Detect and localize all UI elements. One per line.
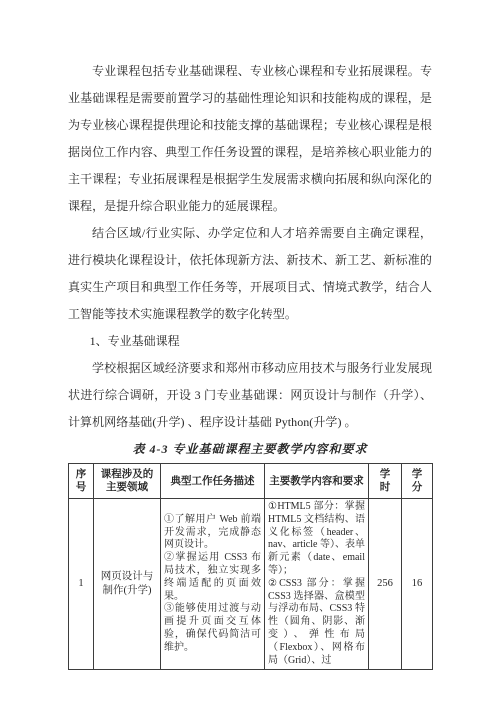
table-row-course-1: 1 网页设计与制作(升学) ①了解用户 Web 前端开发需求，完成静态网页设计。…: [69, 499, 433, 670]
header-credits: 学分: [402, 464, 433, 499]
document-page: 专业课程包括专业基础课程、专业核心课程和专业拓展课程。专业基础课程是需要前置学习…: [0, 0, 500, 707]
header-typical-tasks: 典型工作任务描述: [161, 464, 265, 499]
cell-teaching-content: ①HTML5 部分：掌握 HTML5 文档结构、语义化标签（header、nav…: [265, 499, 369, 670]
header-teaching-content-label: 主要教学内容和要求: [269, 475, 364, 487]
cell-credits: 16: [402, 499, 433, 670]
header-class-hours-label: 学时: [379, 468, 391, 494]
cell-serial-number: 1: [69, 499, 94, 670]
header-credits-label: 学分: [411, 468, 423, 494]
section-heading-basic-courses: 1、专业基础课程: [68, 328, 432, 355]
paragraph-course-overview: 专业课程包括专业基础课程、专业核心课程和专业拓展课程。专业基础课程是需要前置学习…: [68, 58, 432, 220]
cell-class-hours: 256: [369, 499, 402, 670]
header-class-hours: 学时: [369, 464, 402, 499]
cell-typical-tasks: ①了解用户 Web 前端开发需求，完成静态网页设计。 ②掌握运用 CSS3 布局…: [161, 499, 265, 670]
header-course-domain: 课程涉及的主要领域: [94, 464, 161, 499]
cell-course-domain: 网页设计与制作(升学): [94, 499, 161, 670]
table-caption: 表 4-3 专业基础课程主要教学内容和要求: [68, 439, 432, 459]
basic-course-table: 序号 课程涉及的主要领域 典型工作任务描述 主要教学内容和要求 学时 学分 1 …: [68, 463, 433, 670]
table-header-row: 序号 课程涉及的主要领域 典型工作任务描述 主要教学内容和要求 学时 学分: [69, 464, 433, 499]
header-course-domain-label: 课程涉及的主要领域: [101, 468, 154, 493]
header-typical-tasks-label: 典型工作任务描述: [171, 475, 255, 487]
header-teaching-content: 主要教学内容和要求: [265, 464, 369, 499]
paragraph-curriculum-design: 结合区域/行业实际、办学定位和人才培养需要自主确定课程，进行模块化课程设计，依托…: [68, 220, 432, 328]
header-serial-number: 序号: [69, 464, 94, 499]
paragraph-basic-course-list: 学校根据区域经济要求和郑州市移动应用技术与服务行业发展现状进行综合调研，开设 3…: [68, 355, 432, 436]
header-serial-number-label: 序号: [75, 468, 87, 494]
